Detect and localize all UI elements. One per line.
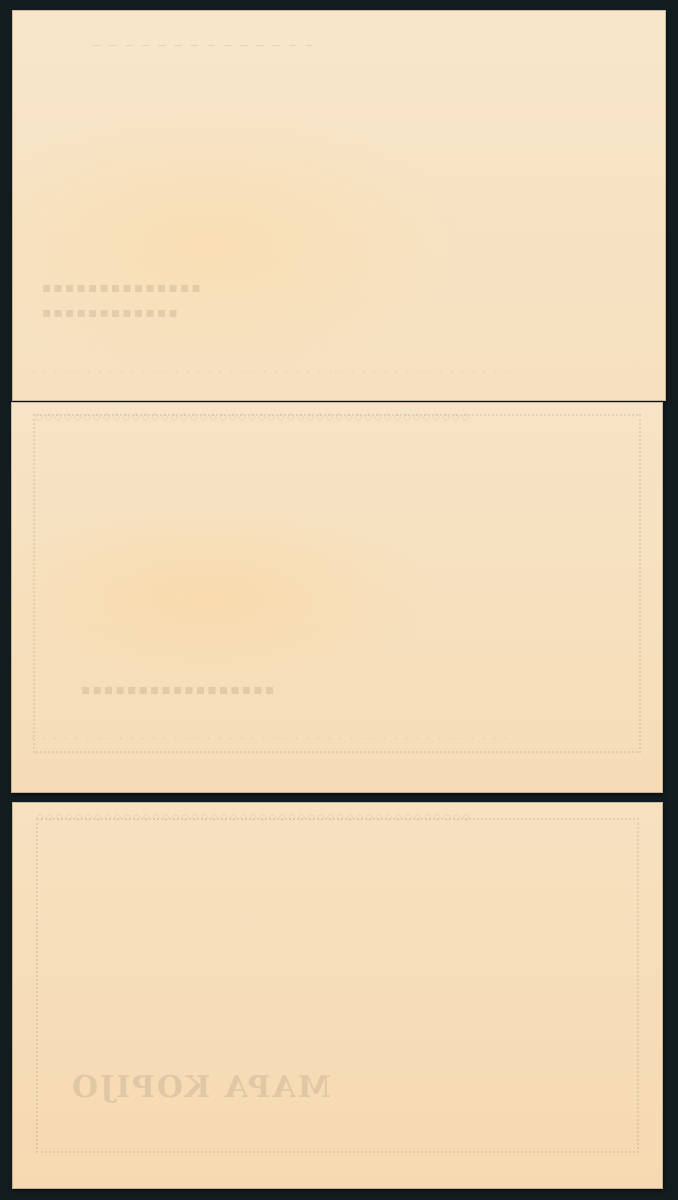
show-through-print: · · · · · · · · · · · · · · · · · · · · … (32, 365, 510, 378)
show-through-print: ▪▪▪▪▪▪▪▪▪▪▪▪▪▪▪▪▪ (81, 682, 276, 698)
show-through-print: ◇◇◇◇◇◇◇◇◇◇◇◇◇◇◇◇◇◇◇◇◇◇◇◇◇◇◇◇◇◇◇◇◇◇◇◇◇◇◇◇… (35, 412, 471, 423)
show-through-border (33, 414, 641, 753)
show-through-print: ▪▪▪▪▪▪▪▪▪▪▪▪▪▪ (42, 280, 203, 296)
show-through-text: MAPA KOPIJO (70, 1070, 331, 1105)
paper-note-3: ◇◇◇◇◇◇◇◇◇◇◇◇◇◇◇◇◇◇◇◇◇◇◇◇◇◇◇◇◇◇◇◇◇◇◇◇◇◇◇◇… (12, 802, 663, 1189)
show-through-print: ◇◇◇◇◇◇◇◇◇◇◇◇◇◇◇◇◇◇◇◇◇◇◇◇◇◇◇◇◇◇◇◇◇◇◇◇◇◇◇◇… (36, 812, 472, 823)
show-through-print: · · · · · · · · · · · · · · · · · · · · … (31, 732, 509, 745)
show-through-print: ▪▪▪▪▪▪▪▪▪▪▪▪ (42, 305, 180, 321)
paper-note-2: ◇◇◇◇◇◇◇◇◇◇◇◇◇◇◇◇◇◇◇◇◇◇◇◇◇◇◇◇◇◇◇◇◇◇◇◇◇◇◇◇… (11, 402, 663, 793)
paper-note-1: ‒ ‒ ‒ ‒ ‒ ‒ ‒ ‒ ‒ ‒ ‒ ‒ ‒ ‒ ▪▪▪▪▪▪▪▪▪▪▪▪… (12, 10, 666, 401)
show-through-print: ‒ ‒ ‒ ‒ ‒ ‒ ‒ ‒ ‒ ‒ ‒ ‒ ‒ ‒ (92, 38, 316, 53)
